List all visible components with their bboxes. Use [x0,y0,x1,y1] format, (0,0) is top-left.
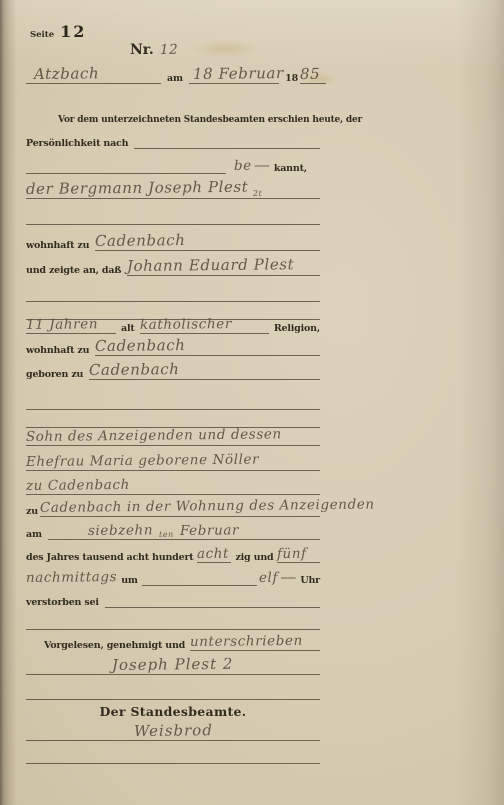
paper-stain [190,40,260,58]
official-signature: Weisbrod [133,721,212,740]
parentage-line-1: Sohn des Anzeigenden und dessen [26,424,320,446]
geboren-zu-label: geboren zu [26,369,83,380]
dateline: Atzbach am 18 Februar 18 85 [26,62,326,84]
declarant-suffix: 2t [252,189,262,198]
unterschrieben-handwritten: unterschrieben [190,633,303,650]
death-time-line: nachmittags um elf — Uhr [26,564,320,586]
age-religion-line: 11 Jahren alt katholischer Religion, [26,312,320,334]
death-year-line: des Jahres tausend acht hundert acht zig… [26,541,320,563]
wohnhaft-zu-label2: wohnhaft zu [26,345,89,356]
religion-value: katholischer [139,316,231,333]
persoenlichkeit-label: Persönlichkeit nach [26,138,128,149]
dash-stroke: — [254,155,270,174]
blank-rule [26,742,320,764]
time-of-day: nachmittags [26,569,117,586]
nr-value: 12 [160,42,179,58]
death-day-suffix: ten [159,530,174,539]
declarant-name: der Bergmann Joseph Plest [26,178,249,198]
age-value: 11 Jahren [26,316,98,333]
birthplace-line: geboren zu Cadenbach [26,358,320,380]
dateline-place: Atzbach [34,64,99,83]
kannt-label: kannt, [274,163,307,174]
intro-text: Vor dem unterzeichneten Standesbeamten e… [58,115,362,125]
vorgelesen-label: Vorgelesen, genehmigt und [44,640,185,651]
page-number-block: Seite 12 [30,22,86,41]
year-units: fünf [277,546,307,562]
dash-stroke: — [280,567,296,586]
zeigte-an-label: und zeigte an, daß [26,265,121,276]
year-prefix: des Jahres tausend acht hundert [26,552,193,563]
am-label: am [167,73,183,84]
am-label2: am [26,529,42,540]
parentage-text-3: zu Cadenbach [26,477,130,494]
declarant-residence-line: wohnhaft zu Cadenbach [26,229,320,251]
hour-value: elf [259,570,278,586]
deceased-residence: Cadenbach [95,336,186,355]
intro-line: Vor dem unterzeichneten Standesbeamten e… [26,103,320,125]
seite-number: 12 [60,22,86,41]
be-handwritten: be [234,158,252,174]
parentage-text-1: Sohn des Anzeigenden und dessen [26,426,282,445]
nr-label: Nr. [130,42,154,58]
wohnhaft-zu-label: wohnhaft zu [26,240,89,251]
death-date-line: am siebzehn ten Februar [26,518,320,540]
zig-und-label: zig und [235,552,273,563]
official-signature-line: Weisbrod [26,719,320,741]
blank-rule [26,203,320,225]
deceased-residence-line: wohnhaft zu Cadenbach [26,334,320,356]
death-day: siebzehn [88,522,153,539]
parentage-text-2: Ehefrau Maria geborene Nöller [26,452,259,470]
blank-rule [26,608,320,630]
declarant-line: der Bergmann Joseph Plest2t [26,177,320,199]
death-month: Februar [180,522,239,539]
death-place-line: zu Cadenbach in der Wohnung des Anzeigen… [26,495,320,517]
dateline-date: 18 Februar [193,64,284,83]
verstorben-line: verstorben sei [26,586,320,608]
vorgelesen-line: Vorgelesen, genehmigt und unterschrieben [26,629,320,651]
parentage-line-3: zu Cadenbach [26,473,320,495]
standesbeamte-label: Der Standesbeamte. [100,704,247,719]
century-printed: 18 [285,73,298,84]
standesbeamte-line: Der Standesbeamte. [26,697,320,719]
seite-label: Seite [30,30,54,40]
zu-label: zu [26,506,38,517]
year-tens: acht [197,546,229,562]
deceased-name: Johann Eduard Plest [127,255,295,275]
deceased-line: und zeigte an, daß Johann Eduard Plest [26,254,320,276]
year-handwritten: 85 [300,65,320,83]
register-page: Seite 12 Nr. 12 Atzbach am 18 Februar 18… [0,0,504,805]
record-number-block: Nr. 12 [130,42,178,58]
parentage-line-2: Ehefrau Maria geborene Nöller [26,449,320,471]
declarant-signature-line: Joseph Plest 2 [26,653,320,675]
birthplace: Cadenbach [89,360,180,379]
bekannt-line: be — kannt, [26,152,320,174]
persoenlichkeit-line: Persönlichkeit nach [26,127,320,149]
declarant-residence: Cadenbach [95,231,186,250]
declarant-signature: Joseph Plest 2 [112,655,234,674]
death-place: Cadenbach in der Wohnung des Anzeigenden [40,496,375,516]
